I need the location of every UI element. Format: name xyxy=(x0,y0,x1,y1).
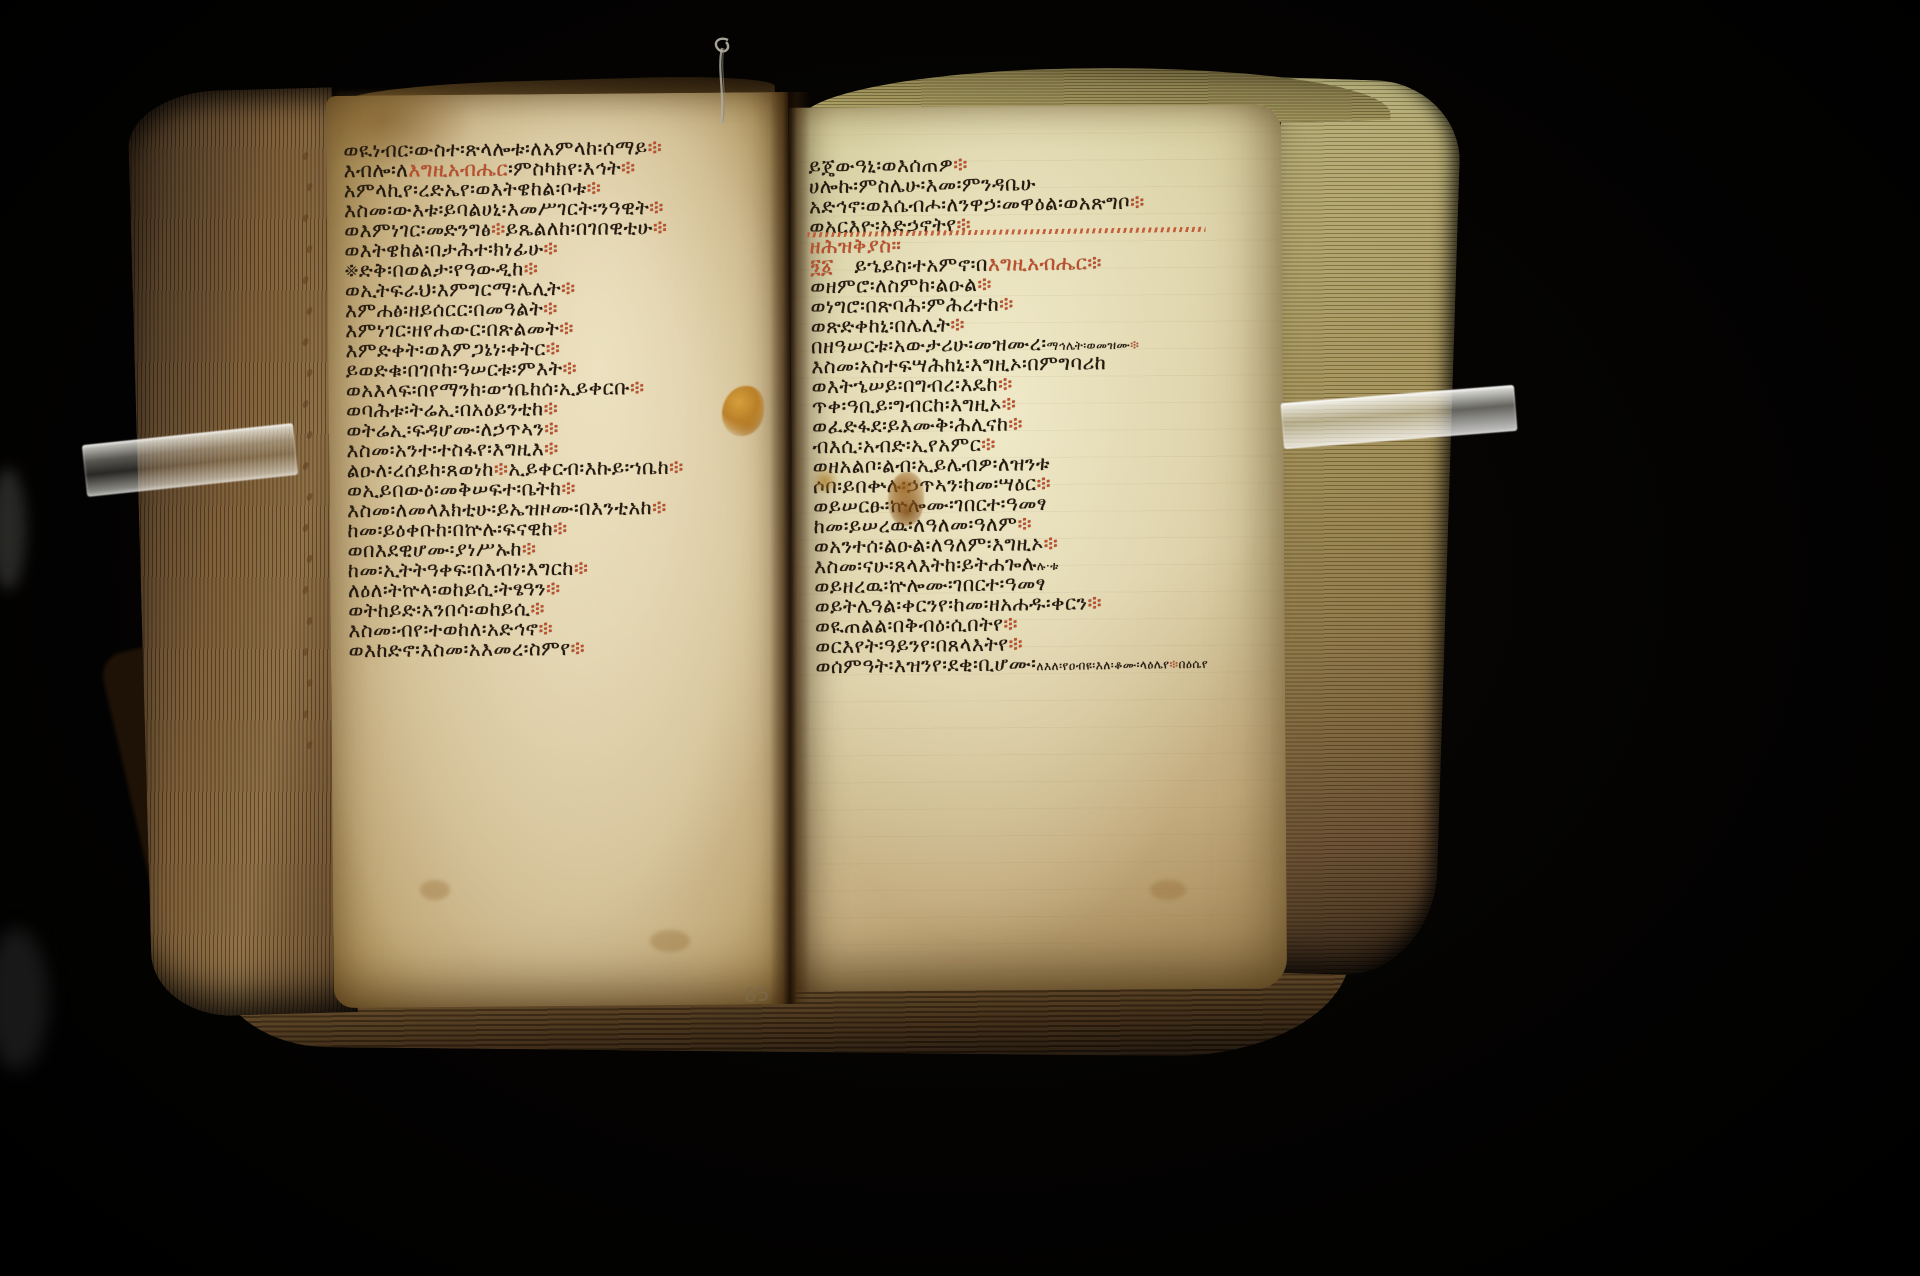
pricking-mark xyxy=(302,151,309,160)
foxing-spot xyxy=(1150,880,1186,900)
ink-text: ወእከድኖ፡እስመ፡አእመረ፡ስምየ xyxy=(349,636,571,662)
ink-stain xyxy=(812,466,838,496)
pricking-mark xyxy=(302,523,309,532)
bookmark-thread-icon xyxy=(688,34,762,134)
pricking-mark xyxy=(302,399,309,408)
left-fore-edge xyxy=(127,87,358,1017)
ink-stain xyxy=(888,472,924,526)
foxing-spot xyxy=(420,880,450,900)
pricking-mark xyxy=(302,709,309,718)
ink-text: ለእለ፡የዐብዩ፡እለ፡ቆሙ፡ላዕሌየ xyxy=(1036,657,1169,673)
pricking-mark xyxy=(302,585,309,594)
pricking-mark xyxy=(302,647,309,656)
ink-text: ወሰምዓት፡እዝንየ፡ደቂ፡ቢሆሙ፡ xyxy=(815,651,1036,678)
rubric-text: ፨ xyxy=(570,636,585,660)
folio-number-pencil: 65 xyxy=(743,983,771,1007)
manuscript-photograph: ወዪነብር፡ውስተ፡ጽላሎቱ፡ለአምላከ፡ሰማይ፨እብሎ፡ለእግዚአብሔር፡ምስ… xyxy=(0,0,1920,1276)
pricking-column xyxy=(303,152,312,772)
ink-text: በዕሴየ xyxy=(1178,657,1208,671)
pricking-mark xyxy=(302,337,309,346)
pricking-mark xyxy=(302,213,309,222)
rubric-text: ፨ xyxy=(1170,657,1179,671)
left-page-text: ወዪነብር፡ውስተ፡ጽላሎቱ፡ለአምላከ፡ሰማይ፨እብሎ፡ለእግዚአብሔር፡ምስ… xyxy=(343,132,786,657)
glove-finger xyxy=(0,468,26,590)
right-page-text: ይጄውዓኒ፡ወእሰጠዎ፨ሀሎኩ፡ምስሌሁ፡እመ፡ምንዳቤሁአድኅኖ፡ወእሴብሖ፡… xyxy=(808,147,1289,674)
pricking-mark xyxy=(302,275,309,284)
pricking-mark xyxy=(302,461,309,470)
glove-finger xyxy=(0,928,48,1070)
foxing-spot xyxy=(650,930,690,952)
